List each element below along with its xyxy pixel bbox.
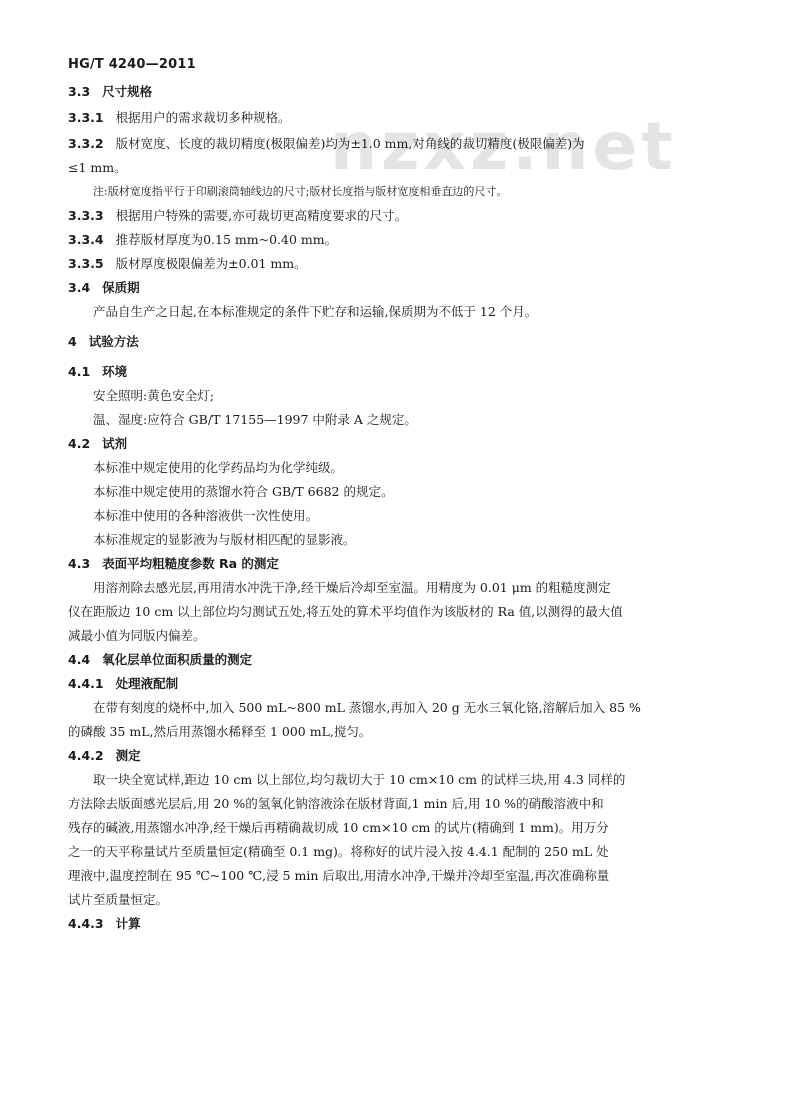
clause-3-3-5: 3.3.5版材厚度极限偏差为±0.01 mm。: [68, 256, 307, 272]
measure-line-6: 试片至质量恒定。: [68, 892, 168, 908]
heading-4-4-3: 4.4.3计算: [68, 916, 141, 932]
note: 注:版材宽度指平行于印刷滚筒轴线边的尺寸;版材长度指与版材宽度相垂直边的尺寸。: [93, 184, 507, 200]
roughness-line-1: 用溶剂除去感光层,再用清水冲洗干净,经干燥后冷却至室温。用精度为 0.01 μm…: [93, 580, 611, 596]
solution-line-2: 的磷酸 35 mL,然后用蒸馏水稀释至 1 000 mL,搅匀。: [68, 724, 371, 740]
measure-line-4: 之一的天平称量试片至质量恒定(精确至 0.1 mg)。将称好的试片浸入按 4.4…: [68, 844, 609, 860]
env-line-1: 安全照明:黄色安全灯;: [93, 388, 214, 404]
roughness-line-2: 仪在距版边 10 cm 以上部位均匀测试五处,将五处的算术平均值作为该版材的 R…: [68, 604, 623, 620]
measure-line-5: 理液中,温度控制在 95 ℃~100 ℃,浸 5 min 后取出,用清水冲净,干…: [68, 868, 609, 884]
clause-3-3-2-cont: ≤1 mm。: [68, 160, 127, 176]
standard-code: HG/T 4240—2011: [68, 57, 196, 72]
heading-4-1: 4.1环境: [68, 364, 127, 380]
heading-4-3: 4.3表面平均粗糙度参数 Ra 的测定: [68, 556, 279, 572]
heading-4-4-1: 4.4.1处理液配制: [68, 676, 178, 692]
clause-3-3-4: 3.3.4推荐版材厚度为0.15 mm~0.40 mm。: [68, 232, 337, 248]
clause-3-3-2: 3.3.2版材宽度、长度的裁切精度(极限偏差)均为±1.0 mm,对角线的裁切精…: [68, 136, 585, 152]
env-line-2: 温、湿度:应符合 GB/T 17155—1997 中附录 A 之规定。: [93, 412, 417, 428]
solution-line-1: 在带有刻度的烧杯中,加入 500 mL~800 mL 蒸馏水,再加入 20 g …: [93, 700, 641, 716]
heading-3-3: 3.3尺寸规格: [68, 84, 152, 100]
roughness-line-3: 减最小值为同版内偏差。: [68, 628, 206, 644]
heading-4: 4试验方法: [68, 334, 139, 350]
reagent-line-3: 本标准中使用的各种溶液供一次性使用。: [93, 508, 318, 524]
heading-4-4-2: 4.4.2测定: [68, 748, 141, 764]
heading-4-2: 4.2试剂: [68, 436, 127, 452]
reagent-line-4: 本标准规定的显影液为与版材相匹配的显影液。: [93, 532, 356, 548]
document-page: nzxz.net HG/T 4240—2011 3.3尺寸规格 3.3.1根据用…: [0, 0, 800, 1120]
heading-4-4: 4.4氧化层单位面积质量的测定: [68, 652, 252, 668]
measure-line-3: 残存的碱液,用蒸馏水冲净,经干燥后再精确裁切成 10 cm×10 cm 的试片(…: [68, 820, 609, 836]
paragraph-3-4: 产品自生产之日起,在本标准规定的条件下贮存和运输,保质期为不低于 12 个月。: [93, 304, 537, 320]
heading-3-4: 3.4保质期: [68, 280, 140, 296]
measure-line-2: 方法除去版面感光层后,用 20 %的氢氧化钠溶液涂在版材背面,1 min 后,用…: [68, 796, 604, 812]
reagent-line-2: 本标准中规定使用的蒸馏水符合 GB/T 6682 的规定。: [93, 484, 393, 500]
clause-3-3-3: 3.3.3根据用户特殊的需要,亦可裁切更高精度要求的尺寸。: [68, 208, 407, 224]
measure-line-1: 取一块全宽试样,距边 10 cm 以上部位,均匀裁切大于 10 cm×10 cm…: [93, 772, 625, 788]
clause-3-3-1: 3.3.1根据用户的需求裁切多种规格。: [68, 110, 291, 126]
reagent-line-1: 本标准中规定使用的化学药品均为化学纯级。: [93, 460, 343, 476]
